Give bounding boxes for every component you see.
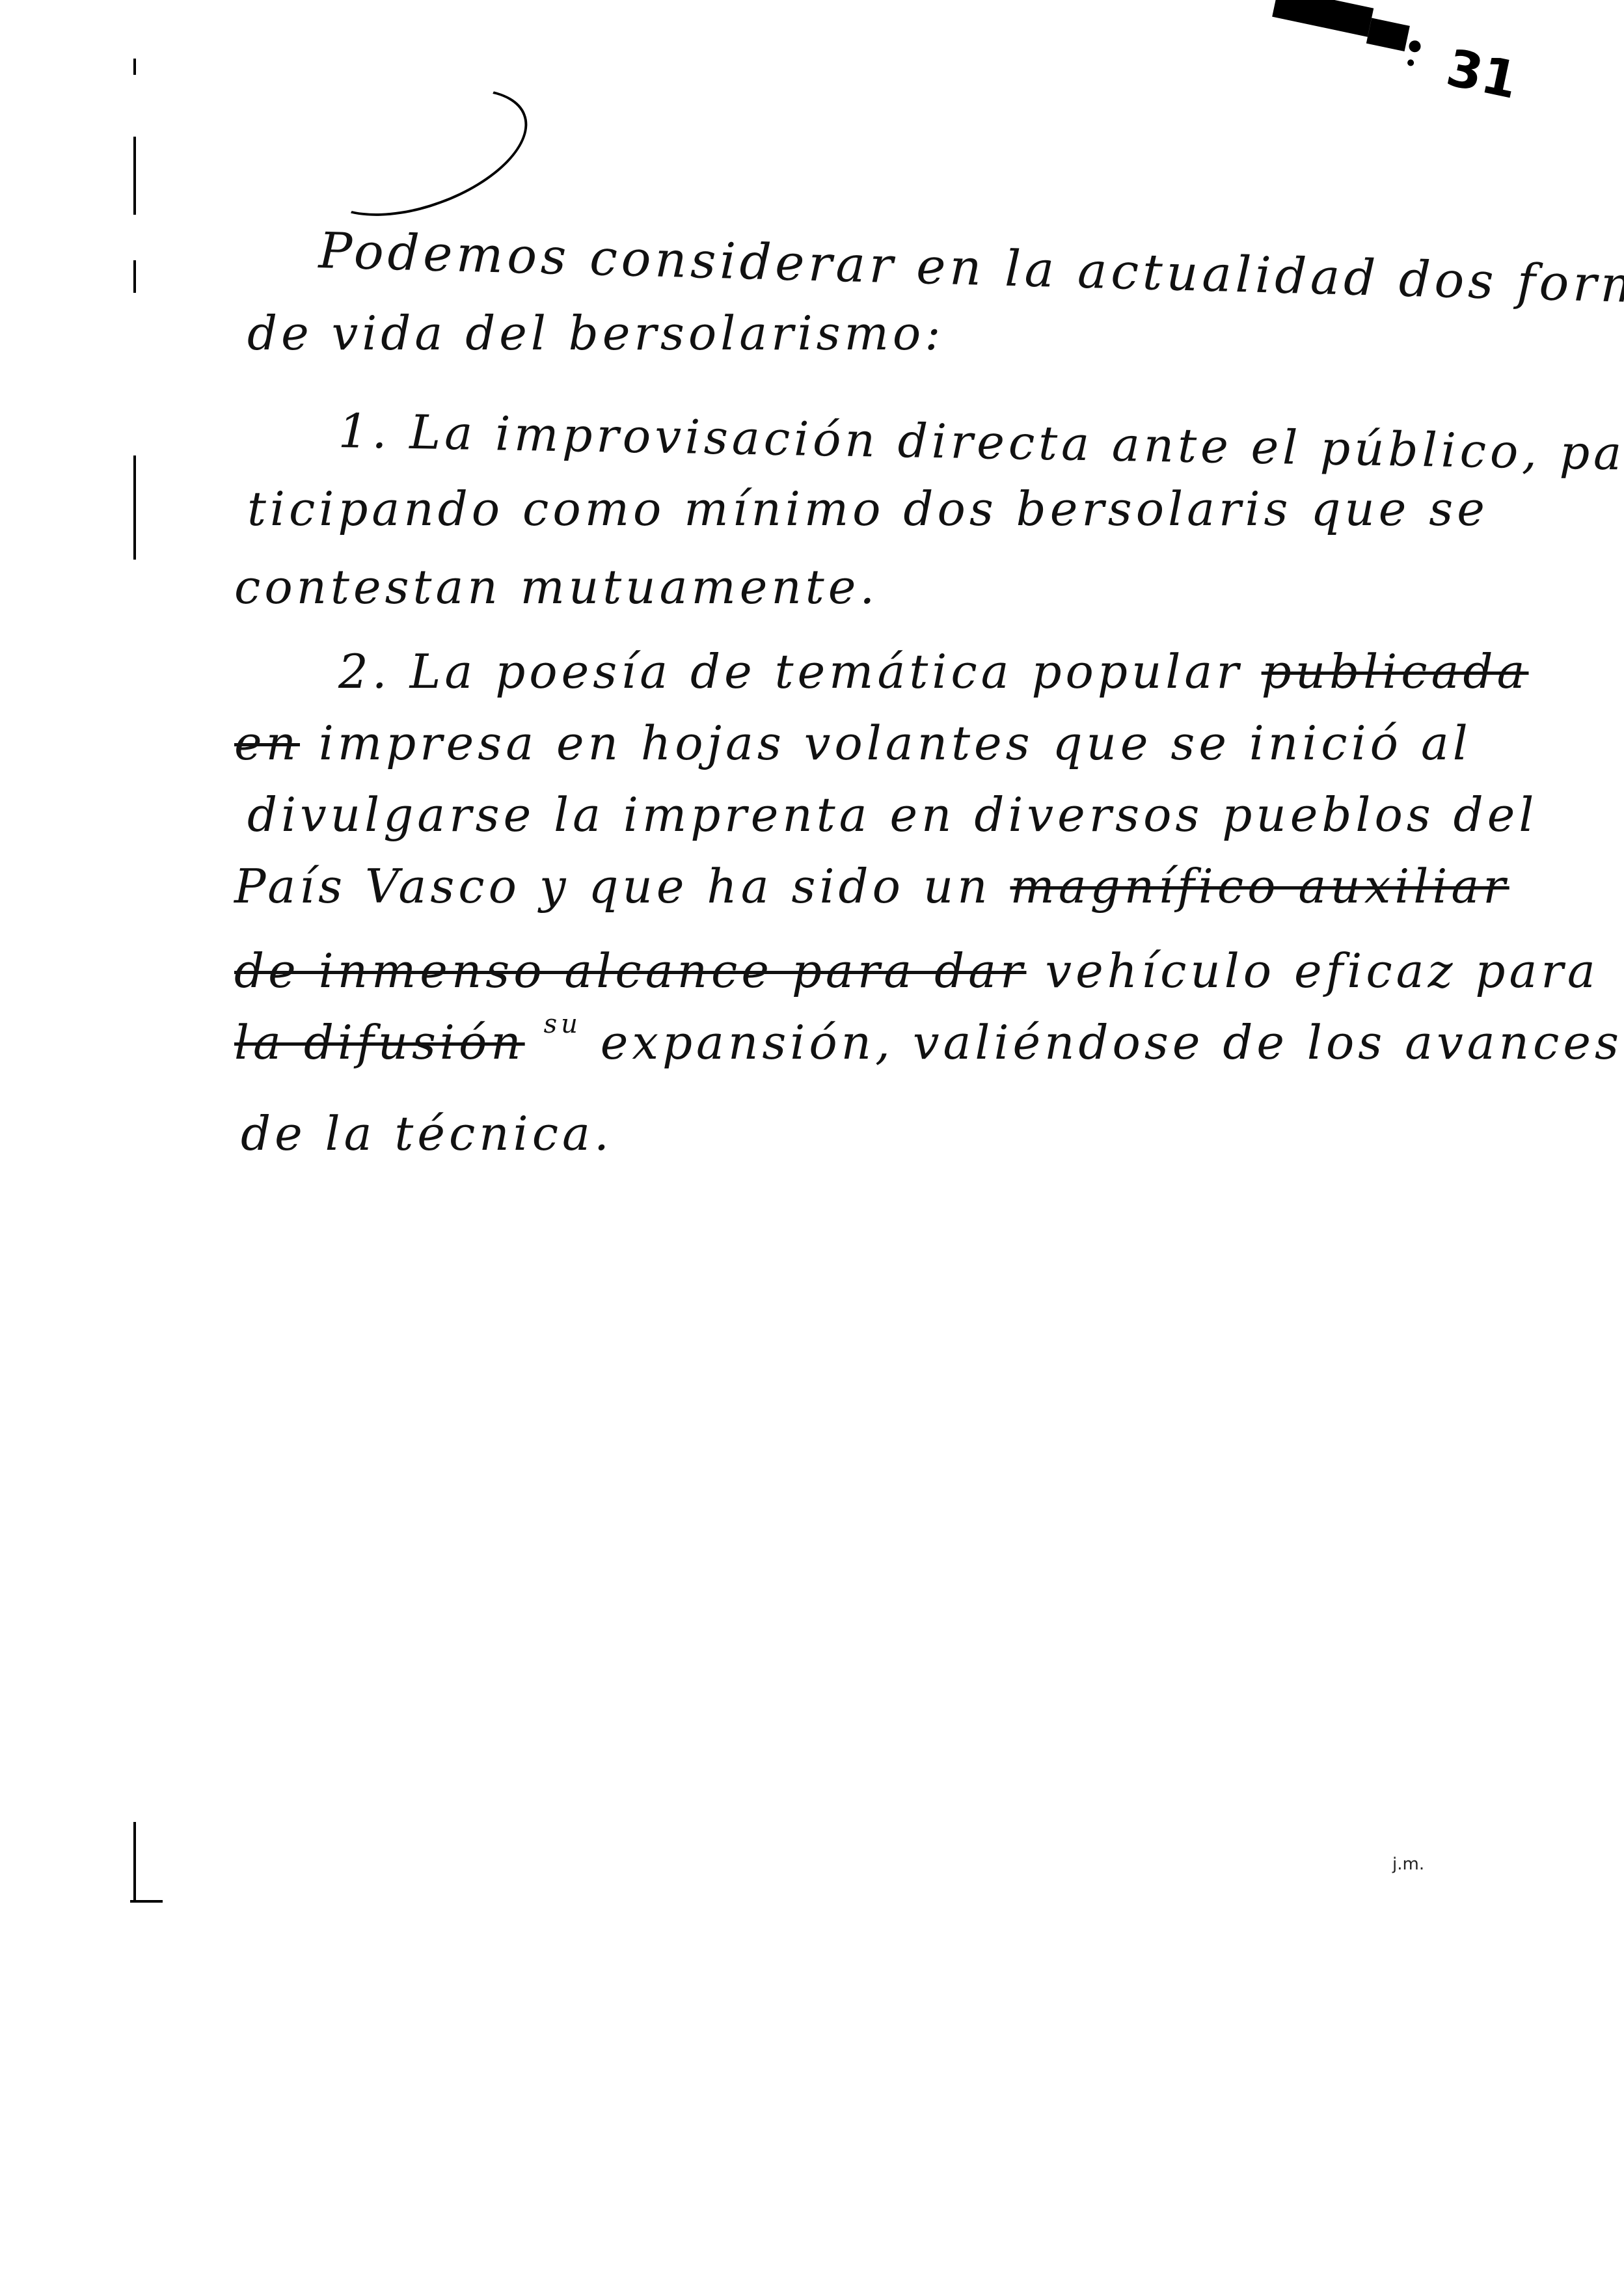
text-line-9: País Vasco y que ha sido un magnífico au… — [234, 859, 1509, 914]
struck-word: en — [234, 716, 300, 770]
struck-word: de inmenso alcance para dar — [234, 944, 1027, 998]
struck-word: la difusión — [234, 1015, 525, 1070]
margin-mark — [133, 455, 136, 560]
inserted-word: su — [544, 1009, 582, 1039]
text-line-4: ticipando como mínimo dos bersolaris que… — [247, 482, 1489, 536]
text-line-10: de inmenso alcance para dar vehículo efi… — [234, 944, 1599, 998]
page-number: 31 — [1442, 38, 1523, 111]
text-line-8: divulgarse la imprenta en diversos puebl… — [247, 787, 1537, 842]
struck-word: magnífico auxiliar — [1010, 859, 1509, 914]
margin-mark — [133, 1822, 136, 1900]
text-line-7: en impresa en hojas volantes que se inic… — [234, 716, 1472, 770]
corner-mark — [130, 1900, 163, 1903]
text-line-5: contestan mutuamente. — [234, 560, 878, 614]
page-number-stamp: 31 — [1264, 0, 1522, 109]
struck-word: publicada — [1262, 644, 1529, 699]
text-line-12: de la técnica. — [241, 1106, 613, 1161]
margin-mark — [133, 59, 136, 75]
manuscript-page: 31 Podemos considerar en la actualidad d… — [0, 0, 1624, 2282]
text-line-6: 2. La poesía de temática popular publica… — [338, 644, 1529, 699]
margin-mark — [133, 137, 136, 215]
text-line-1: Podemos considerar en la actualidad dos … — [318, 221, 1624, 316]
text-line-3: 1. La improvisación directa ante el públ… — [338, 403, 1624, 482]
footer-initials: j.m. — [1392, 1854, 1424, 1874]
margin-mark — [133, 260, 136, 293]
initial-flourish — [300, 63, 544, 241]
text-line-2: de vida del bersolarismo: — [247, 306, 944, 360]
text-line-11: la difusión su expansión, valiéndose de … — [234, 1015, 1623, 1070]
